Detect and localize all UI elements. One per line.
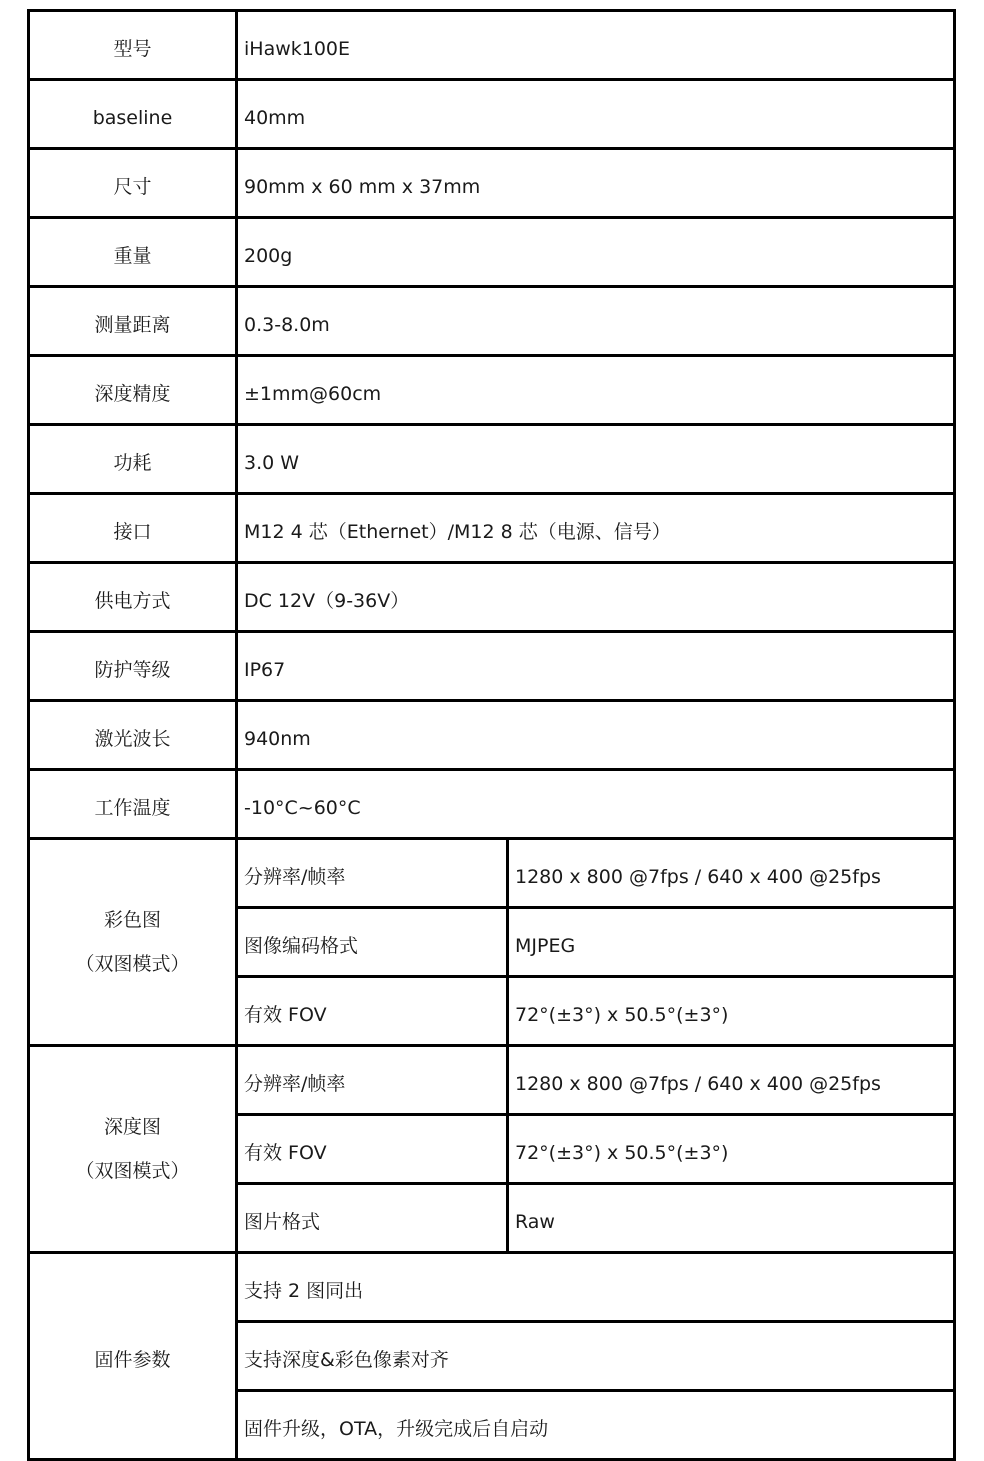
row-label: 工作温度 bbox=[29, 770, 237, 839]
sub-value: 1280 x 800 @7fps / 640 x 400 @25fps bbox=[508, 839, 955, 908]
depth-image-group-label: 深度图 （双图模式） bbox=[29, 1046, 237, 1253]
table-row-depth-accuracy: 深度精度 ±1mm@60cm bbox=[29, 356, 955, 425]
table-row-dimensions: 尺寸 90mm x 60 mm x 37mm bbox=[29, 149, 955, 218]
group-subtitle: （双图模式） bbox=[36, 942, 229, 986]
row-label: 功耗 bbox=[29, 425, 237, 494]
sub-value: 72°(±3°) x 50.5°(±3°) bbox=[508, 1115, 955, 1184]
sub-value: Raw bbox=[508, 1184, 955, 1253]
row-value: 0.3-8.0m bbox=[237, 287, 955, 356]
sub-key: 分辨率/帧率 bbox=[237, 839, 508, 908]
table-row-operating-temp: 工作温度 -10°C~60°C bbox=[29, 770, 955, 839]
table-row-weight: 重量 200g bbox=[29, 218, 955, 287]
sub-key: 有效 FOV bbox=[237, 1115, 508, 1184]
sub-value: MJPEG bbox=[508, 908, 955, 977]
group-title: 彩色图 bbox=[36, 898, 229, 942]
row-value: 3.0 W bbox=[237, 425, 955, 494]
table-row-depth-resolution: 深度图 （双图模式） 分辨率/帧率 1280 x 800 @7fps / 640… bbox=[29, 1046, 955, 1115]
sub-key: 图片格式 bbox=[237, 1184, 508, 1253]
row-label: 激光波长 bbox=[29, 701, 237, 770]
row-value: 40mm bbox=[237, 80, 955, 149]
row-label: 供电方式 bbox=[29, 563, 237, 632]
row-label: 防护等级 bbox=[29, 632, 237, 701]
row-value: iHawk100E bbox=[237, 11, 955, 80]
table-row-color-resolution: 彩色图 （双图模式） 分辨率/帧率 1280 x 800 @7fps / 640… bbox=[29, 839, 955, 908]
row-value: IP67 bbox=[237, 632, 955, 701]
table-row-baseline: baseline 40mm bbox=[29, 80, 955, 149]
row-value: 200g bbox=[237, 218, 955, 287]
sub-value: 1280 x 800 @7fps / 640 x 400 @25fps bbox=[508, 1046, 955, 1115]
row-label: baseline bbox=[29, 80, 237, 149]
row-label: 型号 bbox=[29, 11, 237, 80]
color-image-group-label: 彩色图 （双图模式） bbox=[29, 839, 237, 1046]
row-label: 接口 bbox=[29, 494, 237, 563]
row-label: 尺寸 bbox=[29, 149, 237, 218]
table-row-model: 型号 iHawk100E bbox=[29, 11, 955, 80]
row-label: 重量 bbox=[29, 218, 237, 287]
table-row-firmware-dual-output: 固件参数 支持 2 图同出 bbox=[29, 1253, 955, 1322]
firmware-feature: 支持 2 图同出 bbox=[237, 1253, 955, 1322]
table-row-power-supply: 供电方式 DC 12V（9-36V） bbox=[29, 563, 955, 632]
row-label: 测量距离 bbox=[29, 287, 237, 356]
row-value: M12 4 芯（Ethernet）/M12 8 芯（电源、信号） bbox=[237, 494, 955, 563]
row-value: DC 12V（9-36V） bbox=[237, 563, 955, 632]
group-title: 深度图 bbox=[36, 1105, 229, 1149]
table-row-range: 测量距离 0.3-8.0m bbox=[29, 287, 955, 356]
table-row-interface: 接口 M12 4 芯（Ethernet）/M12 8 芯（电源、信号） bbox=[29, 494, 955, 563]
firmware-group-label: 固件参数 bbox=[29, 1253, 237, 1460]
table-row-power: 功耗 3.0 W bbox=[29, 425, 955, 494]
row-value: -10°C~60°C bbox=[237, 770, 955, 839]
sub-value: 72°(±3°) x 50.5°(±3°) bbox=[508, 977, 955, 1046]
sub-key: 有效 FOV bbox=[237, 977, 508, 1046]
row-value: 90mm x 60 mm x 37mm bbox=[237, 149, 955, 218]
firmware-feature: 支持深度&彩色像素对齐 bbox=[237, 1322, 955, 1391]
table-row-protection: 防护等级 IP67 bbox=[29, 632, 955, 701]
table-row-laser-wavelength: 激光波长 940nm bbox=[29, 701, 955, 770]
firmware-feature: 固件升级，OTA，升级完成后自启动 bbox=[237, 1391, 955, 1460]
sub-key: 图像编码格式 bbox=[237, 908, 508, 977]
row-value: ±1mm@60cm bbox=[237, 356, 955, 425]
row-label: 深度精度 bbox=[29, 356, 237, 425]
sub-key: 分辨率/帧率 bbox=[237, 1046, 508, 1115]
spec-table: 型号 iHawk100E baseline 40mm 尺寸 90mm x 60 … bbox=[27, 9, 956, 1461]
row-value: 940nm bbox=[237, 701, 955, 770]
group-subtitle: （双图模式） bbox=[36, 1149, 229, 1193]
